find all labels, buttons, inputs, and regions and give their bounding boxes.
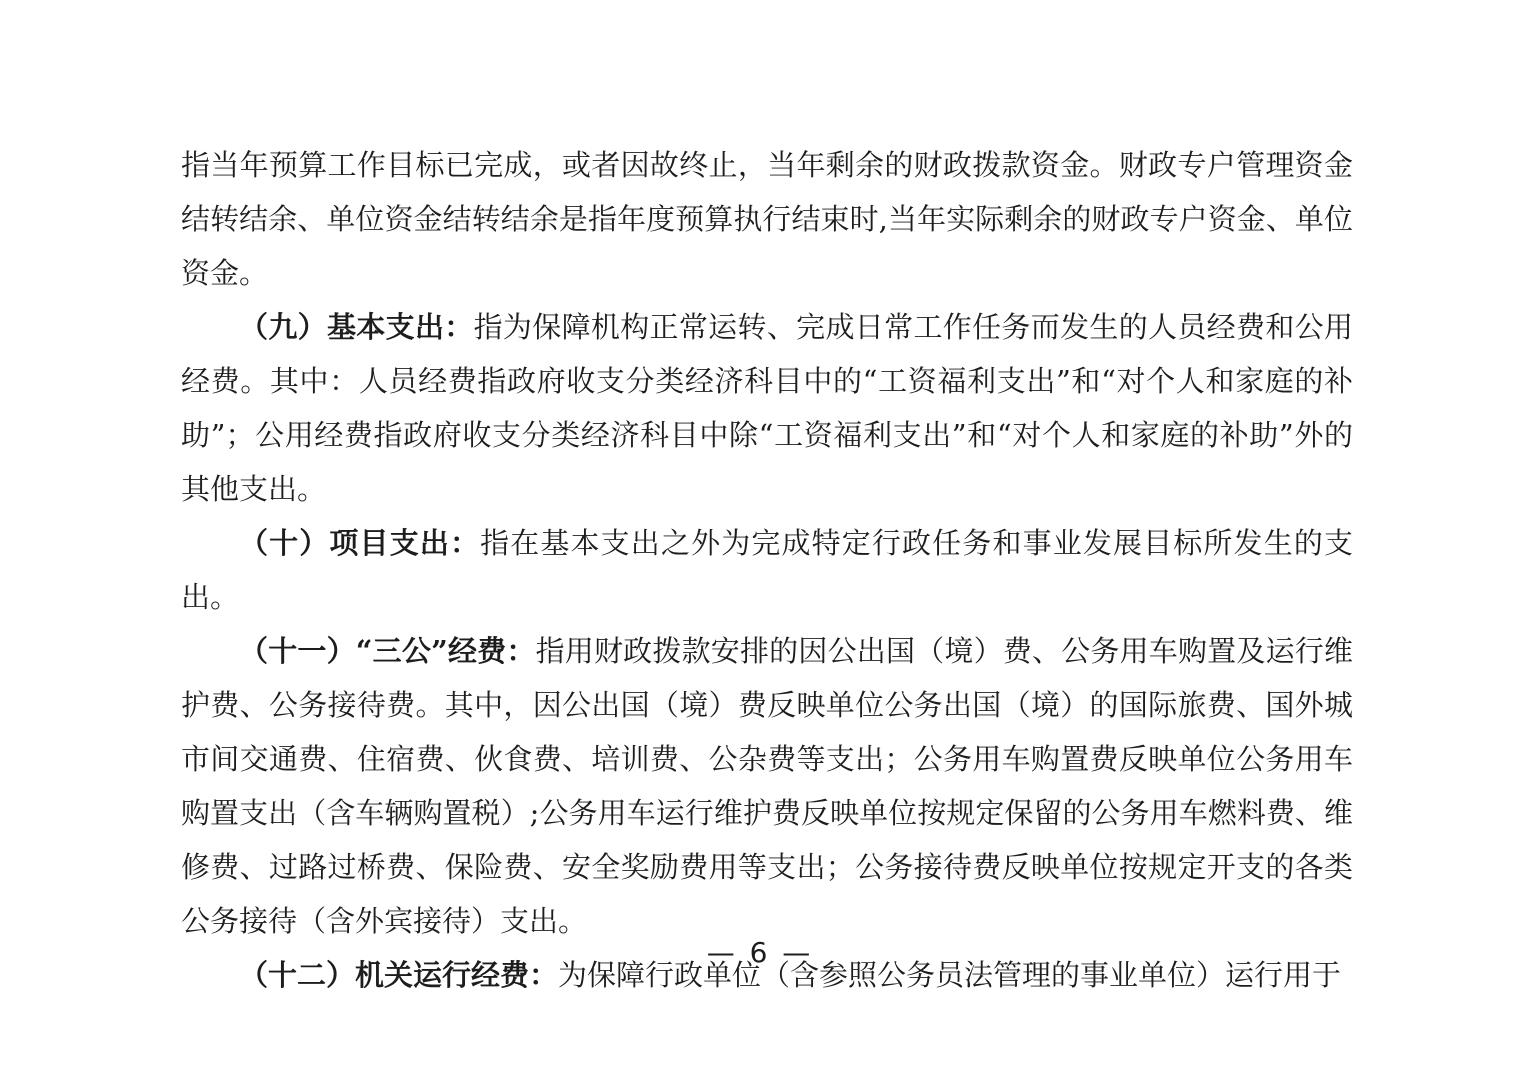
- paragraph-project-expenditure: （十）项目支出：指在基本支出之外为完成特定行政任务和事业发展目标所发生的支出。: [181, 516, 1353, 624]
- paragraph-carryover-remainder: 指当年预算工作目标已完成，或者因故终止，当年剩余的财政拨款资金。财政专户管理资金…: [181, 138, 1353, 300]
- paragraph-project-expenditure-head: （十）项目支出：: [239, 526, 480, 560]
- page-number: — 6 —: [0, 936, 1520, 969]
- paragraph-three-public-funds: （十一）“三公”经费：指用财政拨款安排的因公出国（境）费、公务用车购置及运行维护…: [181, 624, 1353, 948]
- paragraph-basic-expenditure: （九）基本支出：指为保障机构正常运转、完成日常工作任务而发生的人员经费和公用经费…: [181, 300, 1353, 516]
- paragraph-carryover-remainder-text: 指当年预算工作目标已完成，或者因故终止，当年剩余的财政拨款资金。财政专户管理资金…: [181, 148, 1353, 290]
- paragraph-three-public-funds-text: 指用财政拨款安排的因公出国（境）费、公务用车购置及运行维护费、公务接待费。其中，…: [181, 634, 1353, 938]
- document-body: 指当年预算工作目标已完成，或者因故终止，当年剩余的财政拨款资金。财政专户管理资金…: [181, 138, 1353, 1002]
- paragraph-basic-expenditure-head: （九）基本支出：: [239, 310, 474, 344]
- paragraph-three-public-funds-head: （十一）“三公”经费：: [239, 634, 536, 668]
- document-page: 指当年预算工作目标已完成，或者因故终止，当年剩余的财政拨款资金。财政专户管理资金…: [0, 0, 1520, 1074]
